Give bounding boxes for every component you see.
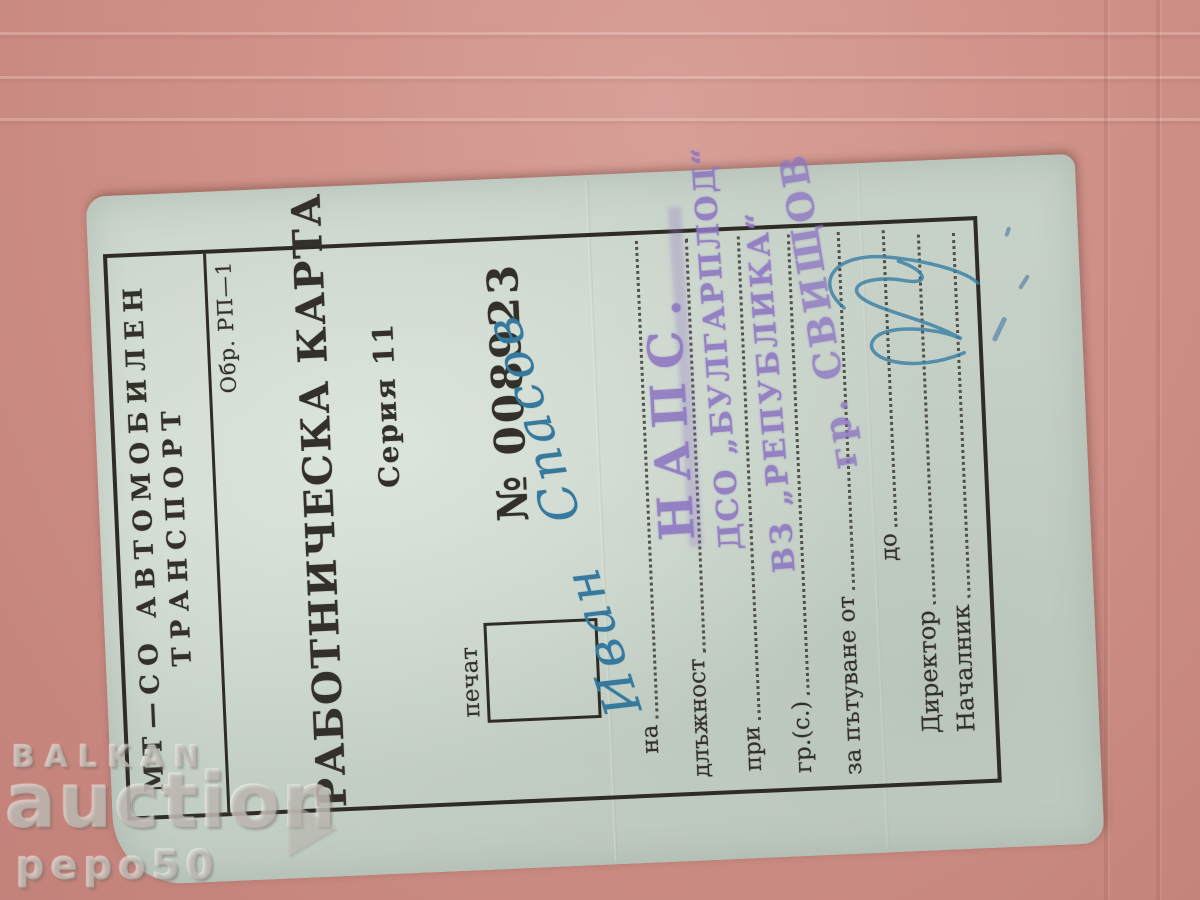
ink-speck — [992, 316, 1008, 342]
watermark-arrow-icon — [288, 800, 336, 856]
cardboard-crease — [0, 76, 1200, 79]
field-label: до — [876, 527, 903, 562]
ink-speck — [1018, 274, 1030, 290]
field-label: на — [637, 718, 665, 754]
document-card: МТ—СО АВТОМОБИЛЕН ТРАНСПОРТ Обр. РП—1 РА… — [85, 154, 1104, 887]
field-label: гр.(с.) — [788, 694, 817, 773]
cardboard-crease — [1156, 0, 1160, 900]
org-name: МТ—СО АВТОМОБИЛЕН ТРАНСПОРТ — [117, 255, 204, 816]
series-label: Серия 11 — [364, 274, 408, 535]
signature-scribble — [786, 180, 999, 409]
cardboard-crease — [0, 118, 1200, 121]
stamp-box-label: печат — [456, 646, 485, 718]
form-code: Обр. РП—1 — [211, 260, 241, 393]
field-label: Директор — [912, 604, 946, 734]
field-label: Началник — [947, 598, 981, 733]
ink-speck — [1004, 226, 1011, 237]
cardboard-crease — [1104, 0, 1108, 900]
field-label: при — [739, 719, 767, 771]
form-border: МТ—СО АВТОМОБИЛЕН ТРАНСПОРТ Обр. РП—1 РА… — [103, 216, 1002, 821]
field-label: за пътуване от — [833, 589, 867, 775]
field-label: длъжност — [684, 652, 715, 778]
cardboard-crease — [0, 32, 1200, 35]
photo-background: МТ—СО АВТОМОБИЛЕН ТРАНСПОРТ Обр. РП—1 РА… — [0, 0, 1200, 900]
document-title: РАБОТНИЧЕСКА КАРТА — [285, 248, 356, 809]
